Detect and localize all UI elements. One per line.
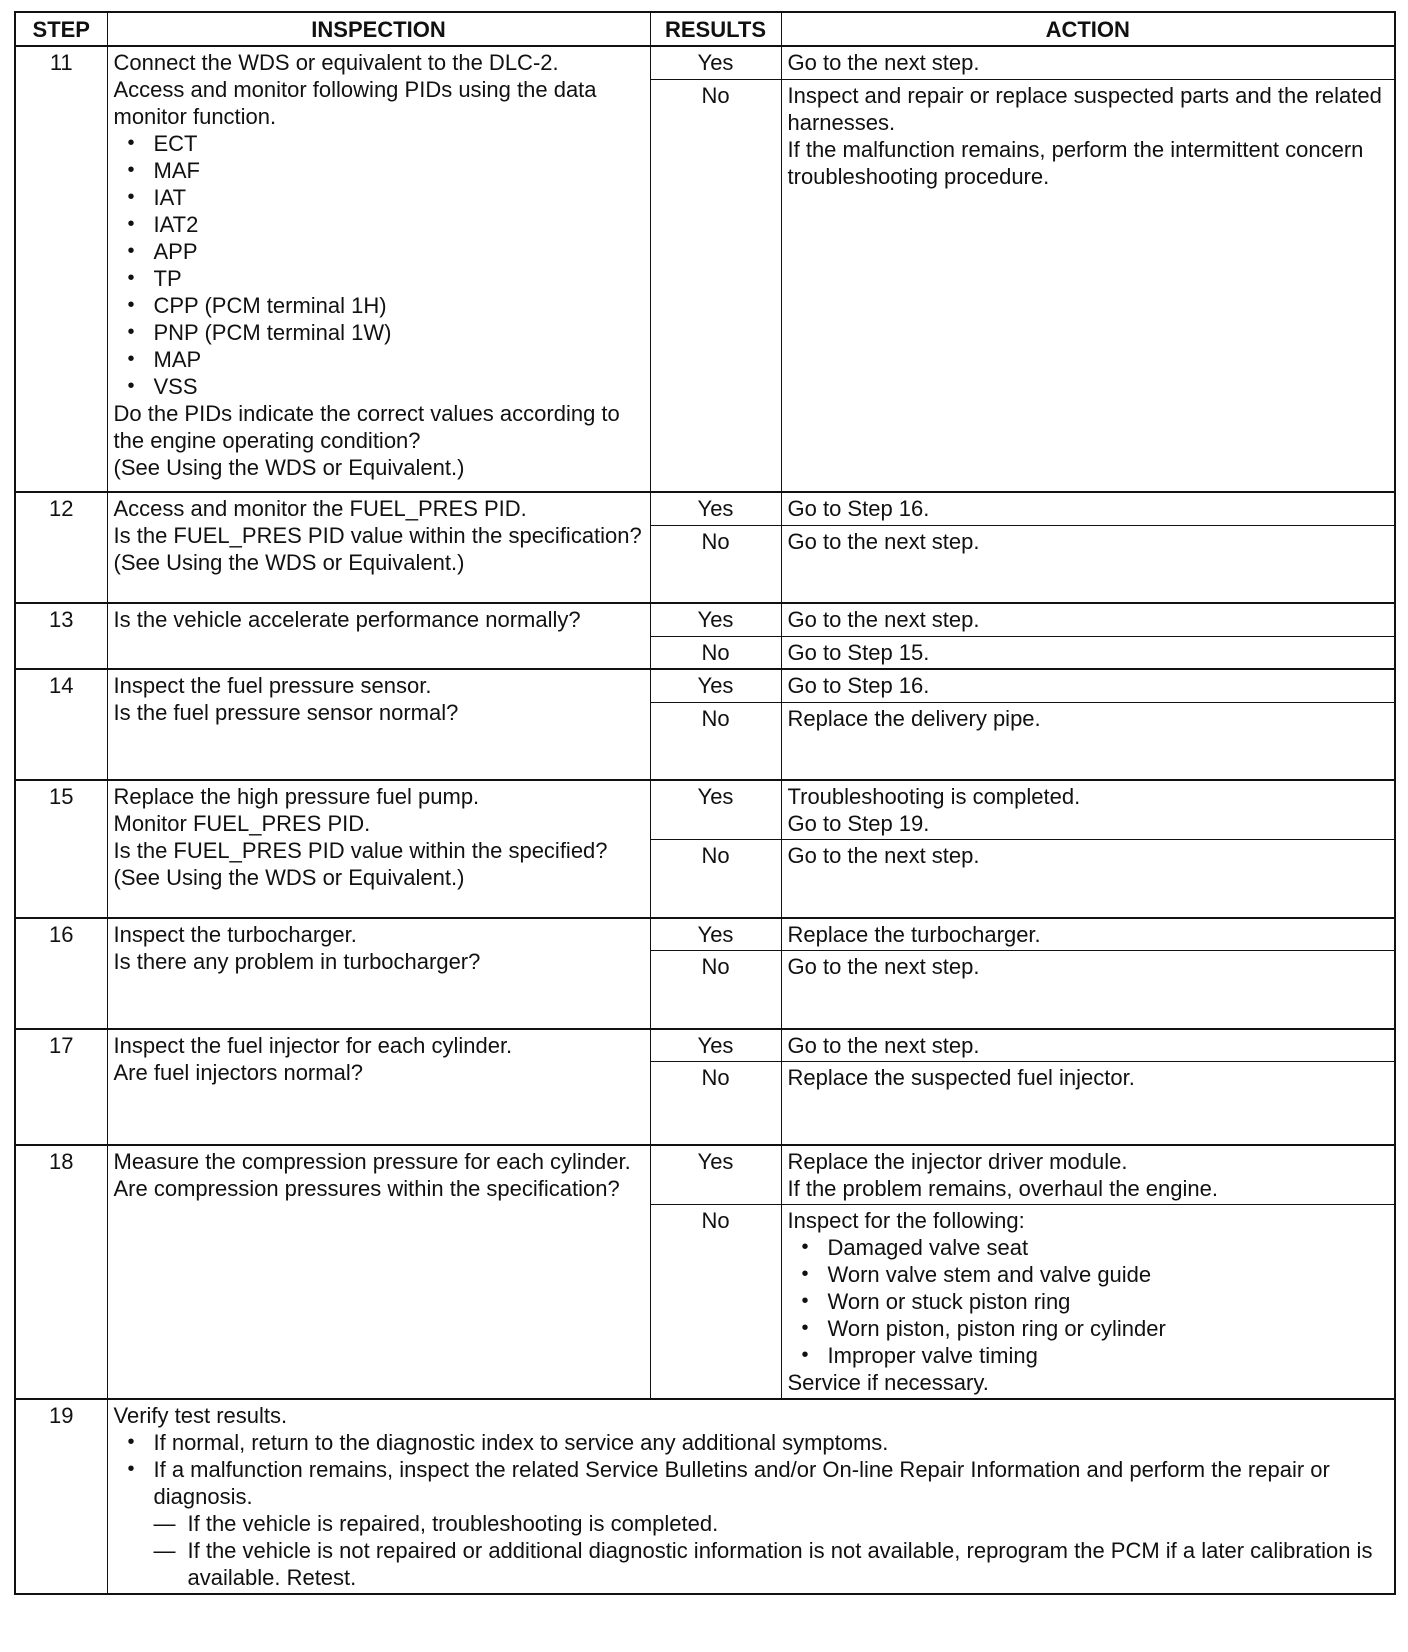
inspection-text: (See Using the WDS or Equivalent.)	[114, 454, 644, 481]
diagnostic-procedure-table: STEP INSPECTION RESULTS ACTION 11Connect…	[14, 11, 1396, 1595]
inspection-text: Are fuel injectors normal?	[114, 1059, 644, 1086]
inspect-list: Damaged valve seatWorn valve stem and va…	[788, 1234, 1389, 1369]
inspection-text: Inspect the fuel pressure sensor.	[114, 672, 644, 699]
final-sub-items: If the vehicle is repaired, troubleshoot…	[114, 1510, 1389, 1591]
result-yes: Yes	[650, 669, 781, 702]
inspect-item: Worn piston, piston ring or cylinder	[796, 1315, 1389, 1342]
action-no: Inspect for the following:Damaged valve …	[781, 1204, 1395, 1399]
action-no: Go to the next step.	[781, 525, 1395, 603]
step-number: 19	[15, 1399, 107, 1594]
action-yes: Replace the injector driver module.If th…	[781, 1145, 1395, 1205]
result-no: No	[650, 1062, 781, 1145]
action-text: Go to Step 15.	[788, 639, 1389, 666]
action-text: If the problem remains, overhaul the eng…	[788, 1175, 1389, 1202]
step-row-yes: 15Replace the high pressure fuel pump.Mo…	[15, 780, 1395, 840]
inspect-item: Worn valve stem and valve guide	[796, 1261, 1389, 1288]
action-no: Replace the delivery pipe.	[781, 702, 1395, 780]
action-no: Go to Step 15.	[781, 636, 1395, 669]
step-row-yes: 18Measure the compression pressure for e…	[15, 1145, 1395, 1205]
pid-item: MAF	[122, 157, 644, 184]
inspection-text: (See Using the WDS or Equivalent.)	[114, 549, 644, 576]
action-text: Replace the suspected fuel injector.	[788, 1064, 1389, 1091]
inspection-text: Is the FUEL_PRES PID value within the sp…	[114, 522, 644, 549]
result-yes: Yes	[650, 1145, 781, 1205]
header-results: RESULTS	[650, 12, 781, 46]
pid-item: TP	[122, 265, 644, 292]
inspection-text: Access and monitor the FUEL_PRES PID.	[114, 495, 644, 522]
inspection-text: Is the vehicle accelerate performance no…	[114, 606, 644, 633]
inspection-text: (See Using the WDS or Equivalent.)	[114, 864, 644, 891]
pid-item: VSS	[122, 373, 644, 400]
step-row-yes: 17Inspect the fuel injector for each cyl…	[15, 1029, 1395, 1062]
header-action: ACTION	[781, 12, 1395, 46]
header-inspection: INSPECTION	[107, 12, 650, 46]
inspect-item: Damaged valve seat	[796, 1234, 1389, 1261]
step-number: 11	[15, 46, 107, 492]
action-text: Go to the next step.	[788, 606, 1389, 633]
step-row-yes: 13Is the vehicle accelerate performance …	[15, 603, 1395, 636]
inspection-text: Are compression pressures within the spe…	[114, 1175, 644, 1202]
action-text: Go to the next step.	[788, 528, 1389, 555]
inspection-text: Monitor FUEL_PRES PID.	[114, 810, 644, 837]
final-sub-item: If the vehicle is not repaired or additi…	[154, 1537, 1389, 1591]
header-step: STEP	[15, 12, 107, 46]
table-header-row: STEP INSPECTION RESULTS ACTION	[15, 12, 1395, 46]
pid-item: PNP (PCM terminal 1W)	[122, 319, 644, 346]
inspect-item: Worn or stuck piston ring	[796, 1288, 1389, 1315]
final-bullet: If a malfunction remains, inspect the re…	[122, 1456, 1389, 1510]
step-number: 15	[15, 780, 107, 918]
action-text: Replace the turbocharger.	[788, 921, 1389, 948]
action-text: If the malfunction remains, perform the …	[788, 136, 1389, 190]
action-no: Go to the next step.	[781, 840, 1395, 918]
inspection-text: Connect the WDS or equivalent to the DLC…	[114, 49, 644, 76]
action-yes: Go to the next step.	[781, 603, 1395, 636]
final-bullets: If normal, return to the diagnostic inde…	[114, 1429, 1389, 1510]
step-row-yes: 16Inspect the turbocharger.Is there any …	[15, 918, 1395, 951]
pid-item: CPP (PCM terminal 1H)	[122, 292, 644, 319]
inspection-text: Do the PIDs indicate the correct values …	[114, 400, 644, 454]
action-text: Service if necessary.	[788, 1369, 1389, 1396]
pid-item: APP	[122, 238, 644, 265]
final-bullet: If normal, return to the diagnostic inde…	[122, 1429, 1389, 1456]
result-yes: Yes	[650, 46, 781, 79]
result-no: No	[650, 79, 781, 492]
result-no: No	[650, 636, 781, 669]
action-text: Replace the delivery pipe.	[788, 705, 1389, 732]
result-yes: Yes	[650, 1029, 781, 1062]
action-text: Go to the next step.	[788, 49, 1389, 76]
step-row-final: 19Verify test results.If normal, return …	[15, 1399, 1395, 1594]
table-body: 11Connect the WDS or equivalent to the D…	[15, 46, 1395, 1594]
pid-item: IAT2	[122, 211, 644, 238]
inspection-text: Is there any problem in turbocharger?	[114, 948, 644, 975]
action-no: Replace the suspected fuel injector.	[781, 1062, 1395, 1145]
result-no: No	[650, 840, 781, 918]
step-number: 16	[15, 918, 107, 1029]
step-number: 18	[15, 1145, 107, 1399]
inspection-cell: Measure the compression pressure for eac…	[107, 1145, 650, 1399]
action-yes: Troubleshooting is completed.Go to Step …	[781, 780, 1395, 840]
inspection-text: Inspect the turbocharger.	[114, 921, 644, 948]
result-no: No	[650, 951, 781, 1029]
step-row-yes: 12Access and monitor the FUEL_PRES PID.I…	[15, 492, 1395, 525]
result-yes: Yes	[650, 492, 781, 525]
final-sub-item: If the vehicle is repaired, troubleshoot…	[154, 1510, 1389, 1537]
inspection-cell: Connect the WDS or equivalent to the DLC…	[107, 46, 650, 492]
step-number: 13	[15, 603, 107, 669]
inspection-cell: Inspect the fuel injector for each cylin…	[107, 1029, 650, 1145]
action-text: Inspect for the following:	[788, 1207, 1389, 1234]
step-row-yes: 14Inspect the fuel pressure sensor.Is th…	[15, 669, 1395, 702]
pid-item: MAP	[122, 346, 644, 373]
step-number: 14	[15, 669, 107, 780]
inspection-cell: Inspect the turbocharger.Is there any pr…	[107, 918, 650, 1029]
step-number: 17	[15, 1029, 107, 1145]
action-text: Go to the next step.	[788, 1032, 1389, 1059]
result-yes: Yes	[650, 780, 781, 840]
pid-item: ECT	[122, 130, 644, 157]
step-number: 12	[15, 492, 107, 603]
result-no: No	[650, 525, 781, 603]
action-text: Go to the next step.	[788, 842, 1389, 869]
inspection-cell: Access and monitor the FUEL_PRES PID.Is …	[107, 492, 650, 603]
result-no: No	[650, 702, 781, 780]
inspection-text: Replace the high pressure fuel pump.	[114, 783, 644, 810]
action-yes: Go to Step 16.	[781, 492, 1395, 525]
inspect-item: Improper valve timing	[796, 1342, 1389, 1369]
step-row-yes: 11Connect the WDS or equivalent to the D…	[15, 46, 1395, 79]
action-text: Go to Step 16.	[788, 495, 1389, 522]
action-no: Inspect and repair or replace suspected …	[781, 79, 1395, 492]
result-no: No	[650, 1204, 781, 1399]
inspection-cell: Is the vehicle accelerate performance no…	[107, 603, 650, 669]
action-yes: Go to the next step.	[781, 1029, 1395, 1062]
inspection-text: Measure the compression pressure for eac…	[114, 1148, 644, 1175]
result-yes: Yes	[650, 918, 781, 951]
action-text: Troubleshooting is completed.	[788, 783, 1389, 810]
action-yes: Go to the next step.	[781, 46, 1395, 79]
inspection-text: Access and monitor following PIDs using …	[114, 76, 644, 130]
action-text: Inspect and repair or replace suspected …	[788, 82, 1389, 136]
result-yes: Yes	[650, 603, 781, 636]
inspection-text: Inspect the fuel injector for each cylin…	[114, 1032, 644, 1059]
inspection-cell: Replace the high pressure fuel pump.Moni…	[107, 780, 650, 918]
inspection-text: Is the fuel pressure sensor normal?	[114, 699, 644, 726]
action-text: Go to Step 16.	[788, 672, 1389, 699]
pid-item: IAT	[122, 184, 644, 211]
inspection-cell: Inspect the fuel pressure sensor.Is the …	[107, 669, 650, 780]
action-yes: Go to Step 16.	[781, 669, 1395, 702]
action-yes: Replace the turbocharger.	[781, 918, 1395, 951]
action-text: Replace the injector driver module.	[788, 1148, 1389, 1175]
final-intro: Verify test results.	[114, 1402, 1389, 1429]
action-text: Go to Step 19.	[788, 810, 1389, 837]
pid-list: ECTMAFIATIAT2APPTPCPP (PCM terminal 1H)P…	[114, 130, 644, 400]
action-no: Go to the next step.	[781, 951, 1395, 1029]
final-step-cell: Verify test results.If normal, return to…	[107, 1399, 1395, 1594]
inspection-text: Is the FUEL_PRES PID value within the sp…	[114, 837, 644, 864]
action-text: Go to the next step.	[788, 953, 1389, 980]
